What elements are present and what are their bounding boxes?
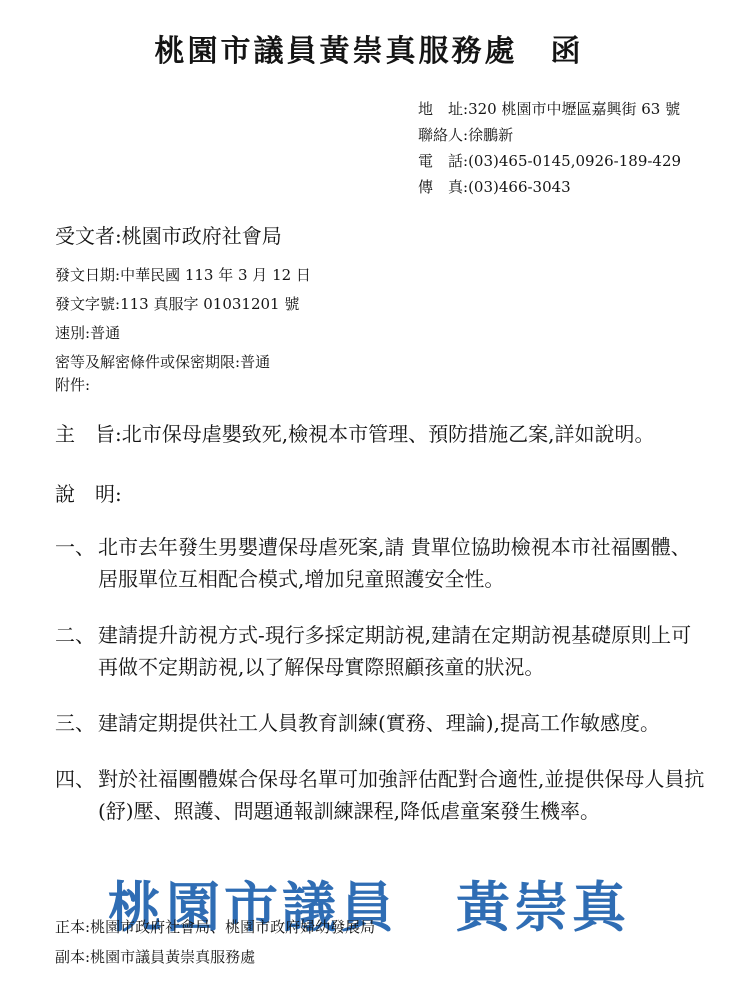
- original-copy-value: 桃園市政府社會局、桃園市政府婦幼發展局: [90, 912, 375, 942]
- sender-contact-person-label: 聯絡人:: [418, 122, 468, 148]
- attachment-row: 附件:: [55, 375, 738, 395]
- priority-value: 普通: [90, 323, 120, 343]
- priority-row: 速別: 普通: [55, 323, 738, 343]
- subject-text: 北市保母虐嬰致死,檢視本市管理、預防措施乙案,詳如說明。: [122, 419, 655, 450]
- sender-phone-label: 電 話:: [418, 148, 468, 174]
- sender-address-row: 地 址: 320 桃園市中壢區嘉興街 63 號: [418, 96, 738, 122]
- carbon-copy-value: 桃園市議員黃崇真服務處: [90, 942, 255, 972]
- item-2-number: 二、: [55, 619, 98, 683]
- reference-number-value: 113 真服字 01031201 號: [120, 294, 299, 314]
- sender-phone-value: (03)465-0145,0926-189-429: [468, 148, 681, 174]
- carbon-copy-label: 副本:: [55, 942, 90, 972]
- sender-fax-label: 傳 真:: [418, 174, 468, 200]
- sender-fax-value: (03)466-3043: [468, 174, 571, 200]
- original-copy-row: 正本: 桃園市政府社會局、桃園市政府婦幼發展局: [55, 912, 375, 942]
- issue-date-row: 發文日期: 中華民國 113 年 3 月 12 日: [55, 265, 738, 285]
- document-title: 桃園市議員黃崇真服務處 函: [0, 0, 738, 70]
- item-1-number: 一、: [55, 531, 98, 595]
- item-4-text: 對於社福團體媒合保母名單可加強評估配對合適性,並提供保母人員抗(舒)壓、照護、問…: [98, 763, 708, 827]
- original-copy-label: 正本:: [55, 912, 90, 942]
- recipient-row: 受文者: 桃園市政府社會局: [55, 220, 738, 249]
- sender-contact-person-row: 聯絡人: 徐鵬新: [418, 122, 738, 148]
- classification-value: 普通: [240, 352, 270, 372]
- recipient-label: 受文者:: [55, 220, 122, 249]
- item-3-number: 三、: [55, 707, 98, 739]
- item-1-text: 北市去年發生男嬰遭保母虐死案,請 貴單位協助檢視本市社福團體、居服單位互相配合模…: [98, 531, 708, 595]
- item-2-text: 建請提升訪視方式-現行多採定期訪視,建請在定期訪視基礎原則上可再做不定期訪視,以…: [98, 619, 708, 683]
- explanation-item-1: 一、 北市去年發生男嬰遭保母虐死案,請 貴單位協助檢視本市社福團體、居服單位互相…: [55, 531, 708, 595]
- classification-label: 密等及解密條件或保密期限:: [55, 352, 240, 372]
- reference-number-row: 發文字號: 113 真服字 01031201 號: [55, 294, 738, 314]
- priority-label: 速別:: [55, 323, 90, 343]
- recipient-value: 桃園市政府社會局: [122, 220, 282, 249]
- metadata-block: 發文日期: 中華民國 113 年 3 月 12 日 發文字號: 113 真服字 …: [55, 265, 738, 395]
- distribution-block: 正本: 桃園市政府社會局、桃園市政府婦幼發展局 副本: 桃園市議員黃崇真服務處: [55, 912, 375, 972]
- explanation-item-4: 四、 對於社福團體媒合保母名單可加強評估配對合適性,並提供保母人員抗(舒)壓、照…: [55, 763, 708, 827]
- explanation-item-3: 三、 建請定期提供社工人員教育訓練(實務、理論),提高工作敏感度。: [55, 707, 708, 739]
- subject-row: 主 旨: 北市保母虐嬰致死,檢視本市管理、預防措施乙案,詳如說明。: [55, 419, 710, 450]
- sender-fax-row: 傳 真: (03)466-3043: [418, 174, 738, 200]
- issue-date-value: 中華民國 113 年 3 月 12 日: [120, 265, 311, 285]
- sender-info-block: 地 址: 320 桃園市中壢區嘉興街 63 號 聯絡人: 徐鵬新 電 話: (0…: [418, 96, 738, 200]
- classification-row: 密等及解密條件或保密期限: 普通: [55, 352, 738, 372]
- sender-address-value: 320 桃園市中壢區嘉興街 63 號: [468, 96, 680, 122]
- item-4-number: 四、: [55, 763, 98, 827]
- carbon-copy-row: 副本: 桃園市議員黃崇真服務處: [55, 942, 375, 972]
- explanation-item-2: 二、 建請提升訪視方式-現行多採定期訪視,建請在定期訪視基礎原則上可再做不定期訪…: [55, 619, 708, 683]
- sender-phone-row: 電 話: (03)465-0145,0926-189-429: [418, 148, 738, 174]
- item-3-text: 建請定期提供社工人員教育訓練(實務、理論),提高工作敏感度。: [98, 707, 708, 739]
- attachment-label: 附件:: [55, 375, 90, 395]
- issue-date-label: 發文日期:: [55, 265, 120, 285]
- subject-label: 主 旨:: [55, 419, 122, 450]
- reference-number-label: 發文字號:: [55, 294, 120, 314]
- official-letter-page: 桃園市議員黃崇真服務處 函 地 址: 320 桃園市中壢區嘉興街 63 號 聯絡…: [0, 0, 738, 1000]
- explanation-section-header: 說 明:: [55, 478, 738, 507]
- sender-contact-person-value: 徐鵬新: [468, 122, 513, 148]
- sender-address-label: 地 址:: [418, 96, 468, 122]
